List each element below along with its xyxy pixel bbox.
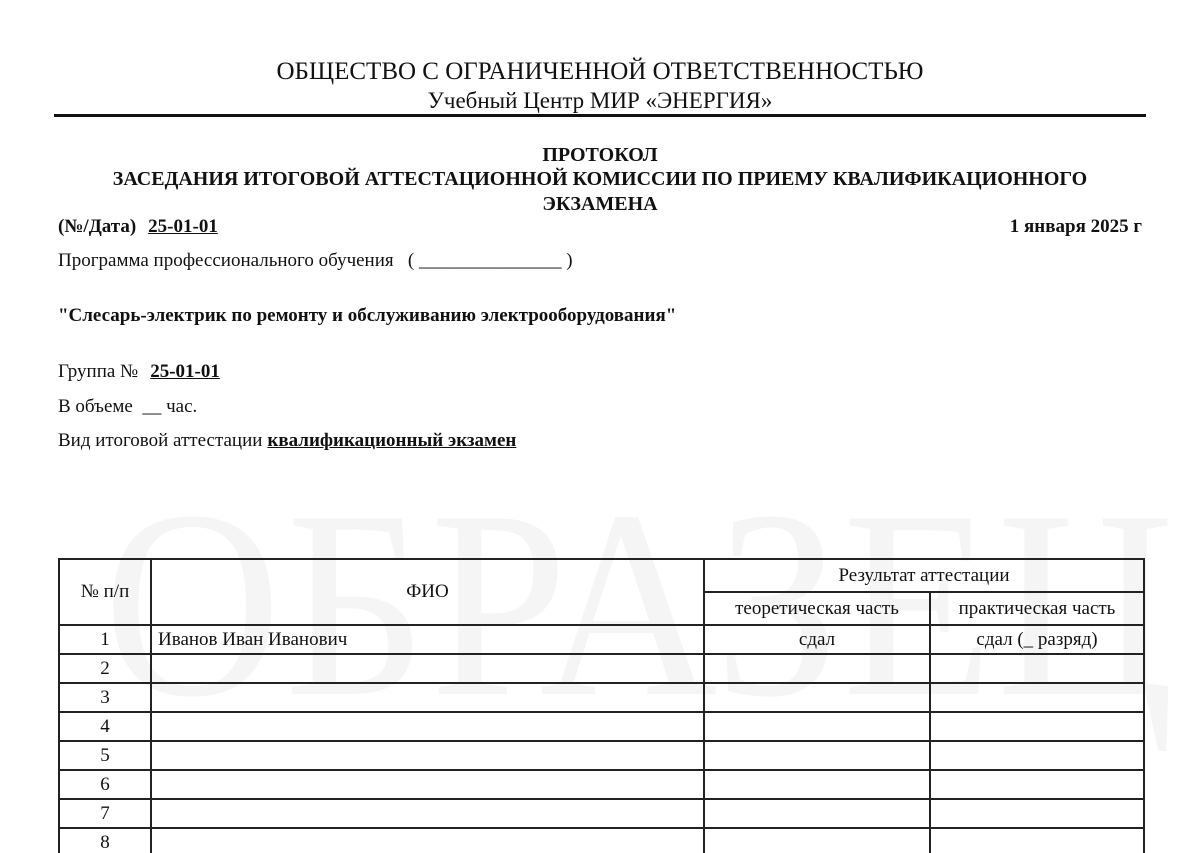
row-name xyxy=(151,828,704,853)
table-row: 3 xyxy=(59,683,1144,712)
row-practice xyxy=(930,741,1144,770)
table-row: 7 xyxy=(59,799,1144,828)
row-name xyxy=(151,683,704,712)
program-name: "Слесарь-электрик по ремонту и обслужива… xyxy=(58,304,676,328)
protocol-number-value: 25-01-01 xyxy=(148,216,218,237)
row-name xyxy=(151,741,704,770)
row-name xyxy=(151,712,704,741)
group-number: Группа №25-01-01 xyxy=(58,360,220,384)
row-number: 5 xyxy=(59,741,151,770)
row-practice xyxy=(930,828,1144,853)
header-divider xyxy=(54,114,1146,117)
row-number: 1 xyxy=(59,625,151,654)
header-theory: теоретическая часть xyxy=(704,592,930,625)
row-theory xyxy=(704,799,930,828)
row-number: 3 xyxy=(59,683,151,712)
protocol-number: (№/Дата)25-01-01 xyxy=(58,215,218,239)
table-row: 2 xyxy=(59,654,1144,683)
row-practice xyxy=(930,683,1144,712)
protocol-title: ПРОТОКОЛ xyxy=(0,143,1200,167)
group-label: Группа № xyxy=(58,361,138,382)
attestation-label: Вид итоговой аттестации xyxy=(58,430,262,451)
row-number: 7 xyxy=(59,799,151,828)
row-theory xyxy=(704,654,930,683)
header-num: № п/п xyxy=(59,559,151,625)
header-practice: практическая часть xyxy=(930,592,1144,625)
row-theory xyxy=(704,828,930,853)
row-practice xyxy=(930,799,1144,828)
attestation-type: Вид итоговой аттестацииквалификационный … xyxy=(58,429,516,453)
row-theory xyxy=(704,683,930,712)
protocol-subtitle: ЗАСЕДАНИЯ ИТОГОВОЙ АТТЕСТАЦИОННОЙ КОМИСС… xyxy=(60,167,1140,217)
table-row: 5 xyxy=(59,741,1144,770)
row-theory xyxy=(704,712,930,741)
row-name xyxy=(151,654,704,683)
volume-hours: В объеме __ час. xyxy=(58,395,197,419)
protocol-number-label: (№/Дата) xyxy=(58,216,136,237)
row-number: 8 xyxy=(59,828,151,853)
table-row: 4 xyxy=(59,712,1144,741)
organization-title: ОБЩЕСТВО С ОГРАНИЧЕННОЙ ОТВЕТСТВЕННОСТЬЮ xyxy=(0,58,1200,86)
row-number: 6 xyxy=(59,770,151,799)
program-line: Программа профессионального обучения ( _… xyxy=(58,249,573,273)
group-value: 25-01-01 xyxy=(150,361,220,382)
attestation-value: квалификационный экзамен xyxy=(267,430,516,451)
protocol-date: 1 января 2025 г xyxy=(1010,215,1142,239)
results-table: № п/п ФИО Результат аттестации теоретиче… xyxy=(58,558,1145,853)
table-row: 8 xyxy=(59,828,1144,853)
row-theory xyxy=(704,741,930,770)
row-practice xyxy=(930,770,1144,799)
header-result: Результат аттестации xyxy=(704,559,1144,592)
row-practice: сдал (_ разряд) xyxy=(930,625,1144,654)
row-practice xyxy=(930,654,1144,683)
header-name: ФИО xyxy=(151,559,704,625)
row-theory xyxy=(704,770,930,799)
row-name xyxy=(151,799,704,828)
organization-subtitle: Учебный Центр МИР «ЭНЕРГИЯ» xyxy=(0,88,1200,114)
row-number: 2 xyxy=(59,654,151,683)
row-theory: сдал xyxy=(704,625,930,654)
row-name: Иванов Иван Иванович xyxy=(151,625,704,654)
table-row: 1Иванов Иван Ивановичсдалсдал (_ разряд) xyxy=(59,625,1144,654)
table-row: 6 xyxy=(59,770,1144,799)
row-practice xyxy=(930,712,1144,741)
row-number: 4 xyxy=(59,712,151,741)
row-name xyxy=(151,770,704,799)
